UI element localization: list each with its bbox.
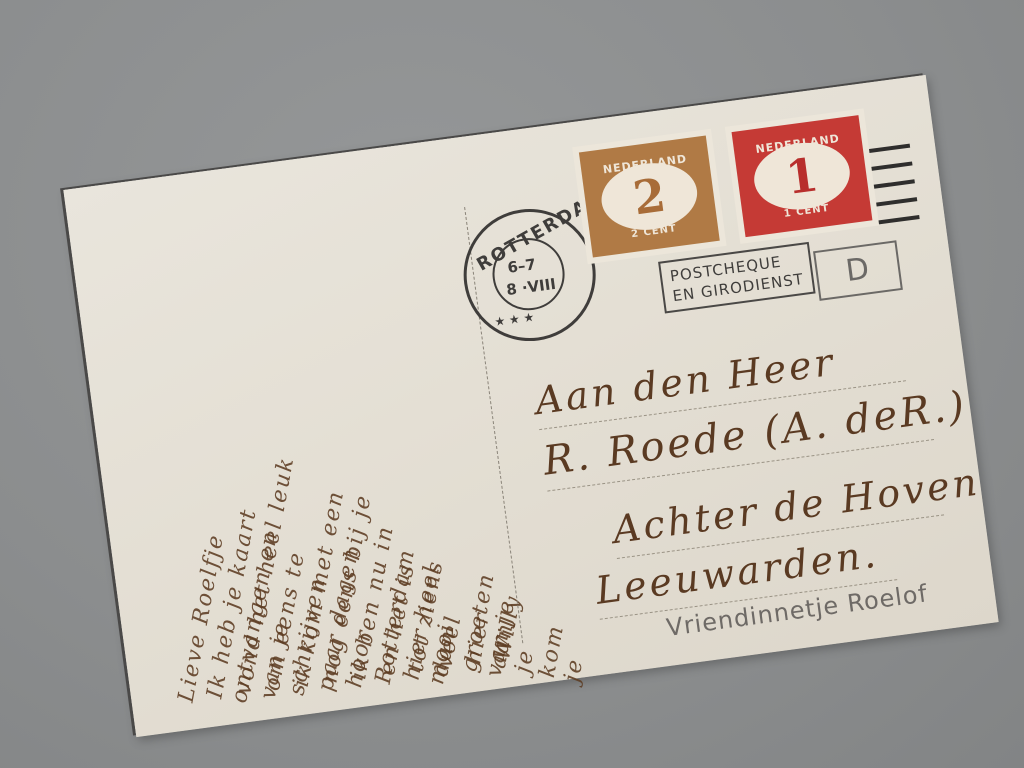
boxed-mark-letter: D [844, 251, 873, 289]
stamp-frame: NEDERLAND 1 1 CENT [732, 115, 873, 237]
stamp-value: 1 [783, 151, 821, 201]
postmark-time: 6–7 [506, 255, 537, 277]
stamp-frame: NEDERLAND 2 2 CENT [579, 136, 720, 258]
postcard: Lieve RoelfjeIk heb je kaart ontvangen e… [63, 75, 998, 737]
stamp-value: 2 [630, 172, 668, 222]
message-area: Lieve RoelfjeIk heb je kaart ontvangen e… [96, 158, 522, 721]
stamp-2-cent: NEDERLAND 2 2 CENT [572, 129, 726, 264]
stamp-1-cent: NEDERLAND 1 1 CENT [725, 108, 879, 243]
address-line-3: Achter de Hoven [610, 460, 982, 552]
slogan-cancel: POSTCHEQUE EN GIRODIENST [658, 242, 816, 314]
boxed-d-mark: D [813, 240, 903, 301]
postmark-stars: ★ ★ ★ [494, 310, 535, 329]
